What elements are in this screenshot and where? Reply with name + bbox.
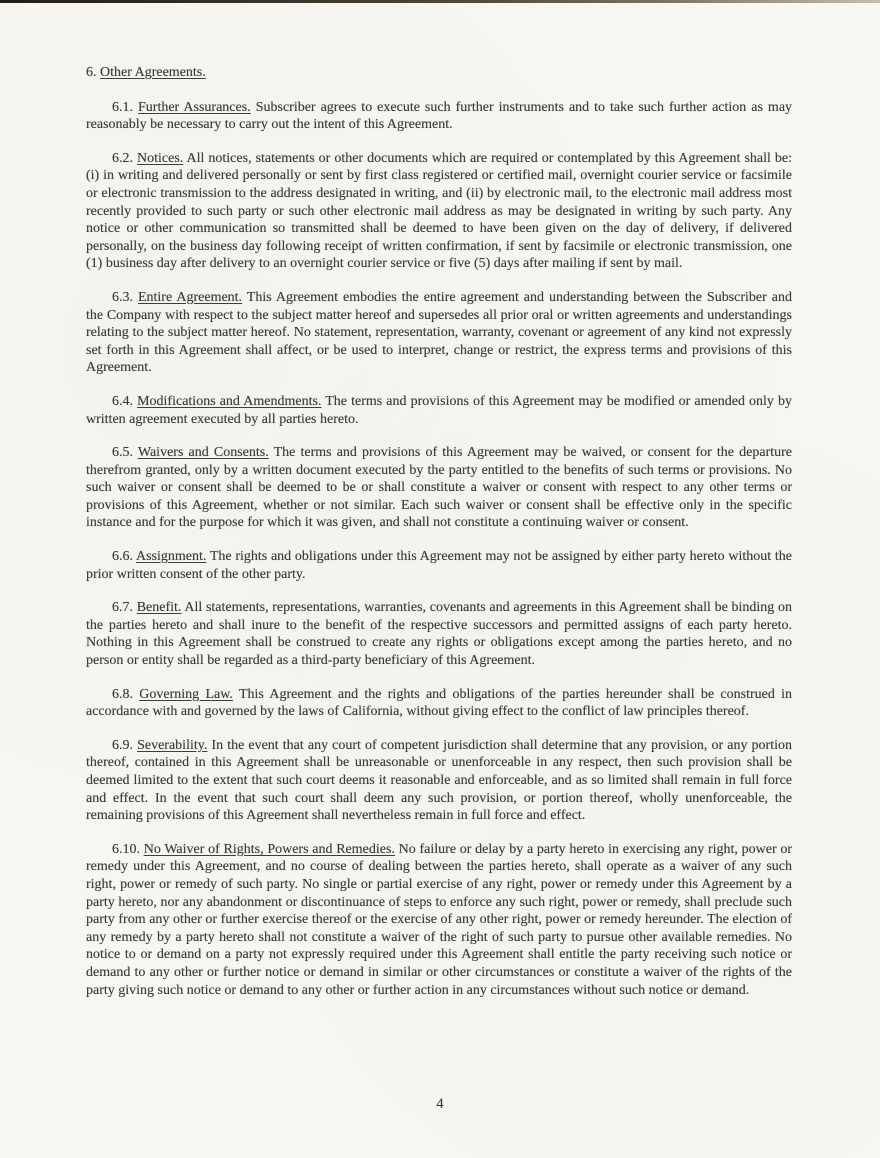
section-number: 6.8. bbox=[112, 687, 133, 702]
section-6-heading: 6. Other Agreements. bbox=[86, 64, 792, 82]
section-title: Governing Law. bbox=[139, 687, 233, 702]
section-body: No failure or delay by a party hereto in… bbox=[86, 842, 792, 998]
sections-list: 6.1. Further Assurances. Subscriber agre… bbox=[86, 99, 792, 1000]
agreement-section-paragraph: 6.1. Further Assurances. Subscriber agre… bbox=[86, 99, 792, 134]
agreement-section-paragraph: 6.10. No Waiver of Rights, Powers and Re… bbox=[86, 841, 792, 999]
section-title: No Waiver of Rights, Powers and Remedies… bbox=[144, 842, 395, 857]
section-title: Benefit. bbox=[137, 600, 182, 615]
section-number: 6.6. bbox=[112, 549, 133, 564]
agreement-section-paragraph: 6.3. Entire Agreement. This Agreement em… bbox=[86, 289, 792, 377]
section-title: Entire Agreement. bbox=[138, 290, 242, 305]
section-number: 6.5. bbox=[112, 445, 133, 460]
agreement-section-paragraph: 6.6. Assignment. The rights and obligati… bbox=[86, 548, 792, 583]
agreement-section-paragraph: 6.5. Waivers and Consents. The terms and… bbox=[86, 444, 792, 532]
agreement-section-paragraph: 6.9. Severability. In the event that any… bbox=[86, 737, 792, 825]
agreement-section-paragraph: 6.2. Notices. All notices, statements or… bbox=[86, 150, 792, 273]
section-number: 6.10. bbox=[112, 842, 140, 857]
section-number: 6.9. bbox=[112, 738, 133, 753]
section-body: All statements, representations, warrant… bbox=[86, 600, 792, 668]
section-title: Modifications and Amendments. bbox=[137, 394, 321, 409]
section-title: Notices. bbox=[137, 151, 183, 166]
page-number: 4 bbox=[436, 1096, 443, 1112]
section-heading-title: Other Agreements. bbox=[100, 65, 206, 80]
section-title: Assignment. bbox=[136, 549, 206, 564]
agreement-section-paragraph: 6.8. Governing Law. This Agreement and t… bbox=[86, 686, 792, 721]
section-body: All notices, statements or other documen… bbox=[86, 151, 792, 272]
agreement-section-paragraph: 6.7. Benefit. All statements, representa… bbox=[86, 599, 792, 669]
section-title: Severability. bbox=[137, 738, 207, 753]
scanned-document-page: 6. Other Agreements. 6.1. Further Assura… bbox=[0, 0, 880, 1158]
section-number: 6.2. bbox=[112, 151, 133, 166]
document-body: 6. Other Agreements. 6.1. Further Assura… bbox=[86, 64, 792, 1015]
section-title: Waivers and Consents. bbox=[138, 445, 269, 460]
section-number: 6.7. bbox=[112, 600, 133, 615]
section-number: 6.4. bbox=[112, 394, 133, 409]
section-number: 6.3. bbox=[112, 290, 133, 305]
agreement-section-paragraph: 6.4. Modifications and Amendments. The t… bbox=[86, 393, 792, 428]
scanner-edge-artifact bbox=[0, 0, 880, 3]
page-footer: 4 bbox=[0, 1096, 880, 1113]
section-title: Further Assurances. bbox=[138, 100, 251, 115]
section-heading-number: 6. bbox=[86, 65, 97, 80]
section-number: 6.1. bbox=[112, 100, 133, 115]
